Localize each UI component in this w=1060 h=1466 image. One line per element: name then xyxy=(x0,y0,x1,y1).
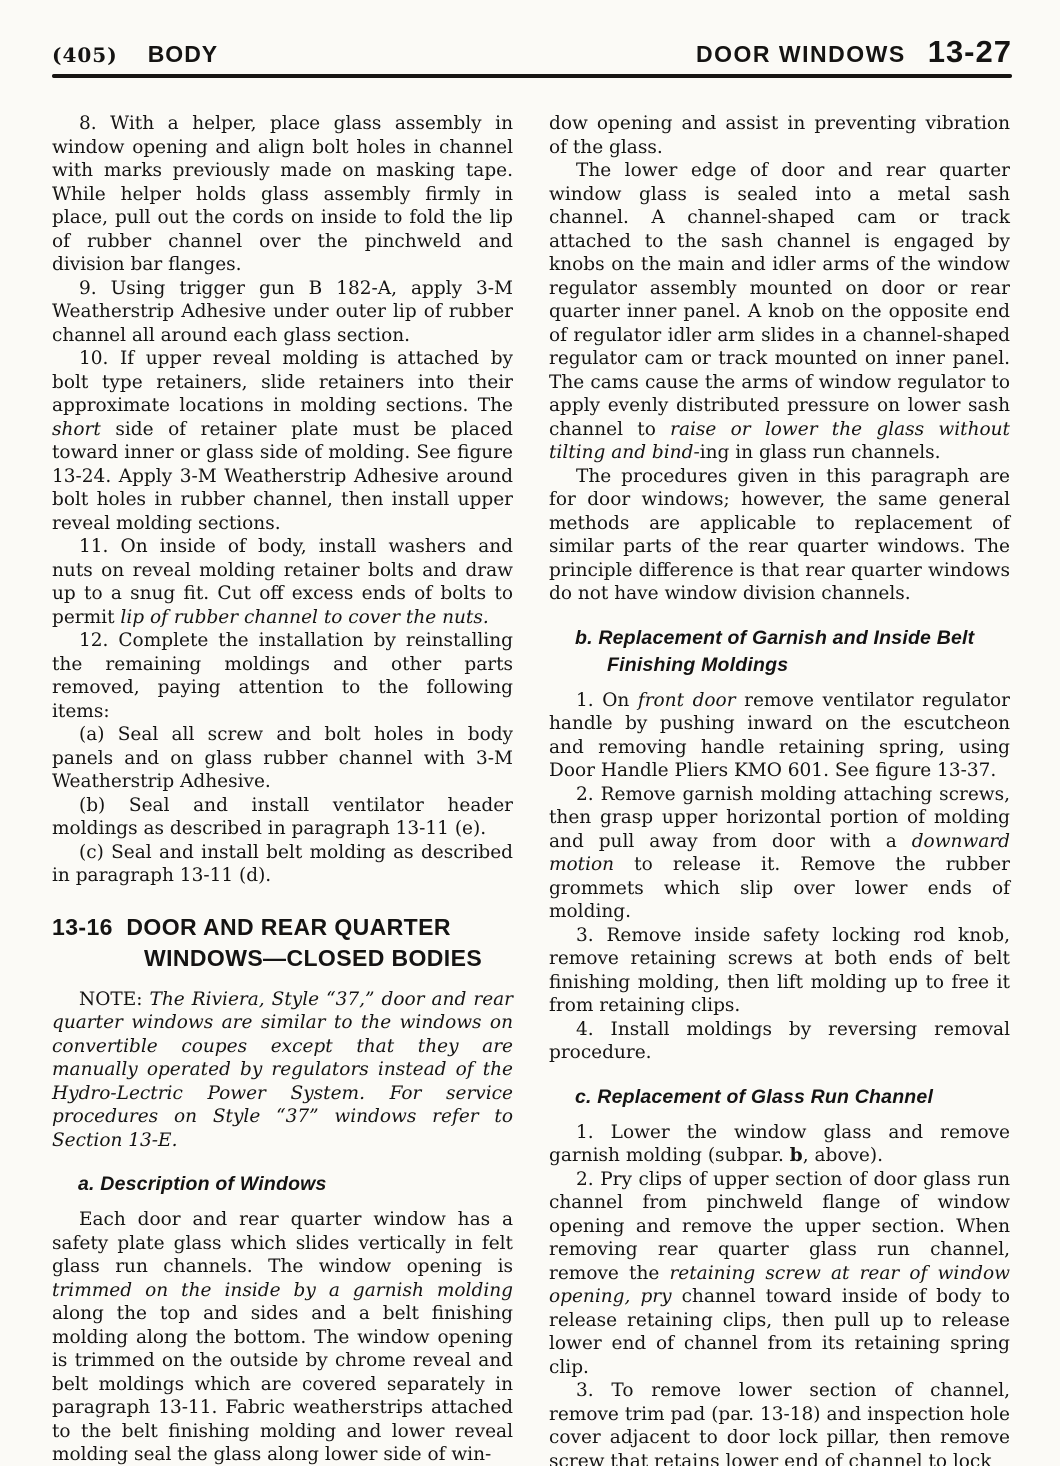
paragraph: 8. With a helper, place glass assembly i… xyxy=(52,112,513,277)
text-run: 9. Using trigger gun B 182-A, apply 3-M … xyxy=(52,278,513,346)
text-run: , above). xyxy=(803,1145,883,1166)
paragraph: (a) Seal all screw and bolt holes in bod… xyxy=(52,723,513,794)
paragraph: 11. On inside of body, install washers a… xyxy=(52,535,513,629)
page-reference: (405) xyxy=(52,43,118,67)
paragraph: (c) Seal and install belt molding as des… xyxy=(52,841,513,888)
paragraph: Each door and rear quarter window has a … xyxy=(52,1208,513,1466)
column-left: 8. With a helper, place glass assembly i… xyxy=(52,112,513,1466)
text-run: 1. On xyxy=(576,690,638,711)
paragraph: dow opening and assist in preventing vib… xyxy=(549,112,1010,159)
text-run: (b) Seal and install ventilator header m… xyxy=(52,795,513,840)
text-run: (c) Seal and install belt molding as des… xyxy=(52,842,513,887)
paragraph: (b) Seal and install ventilator header m… xyxy=(52,794,513,841)
page-header: (405) BODY DOOR WINDOWS 13-27 xyxy=(52,34,1012,70)
text-run: 1. Lower the window glass and remove gar… xyxy=(549,1122,1010,1167)
header-left: (405) BODY xyxy=(52,41,218,68)
text-run: The lower edge of door and rear quarter … xyxy=(549,160,1010,440)
chapter-title: DOOR WINDOWS xyxy=(696,41,906,68)
section-label: BODY xyxy=(148,41,218,68)
italic-text: front door xyxy=(638,690,736,711)
subsection-heading: a. Description of Windows xyxy=(78,1171,513,1198)
text-run: The procedures given in this paragraph a… xyxy=(549,466,1010,605)
column-right: dow opening and assist in preventing vib… xyxy=(549,112,1010,1466)
paragraph: 10. If upper reveal molding is attached … xyxy=(52,347,513,535)
header-rule xyxy=(52,74,1012,78)
subsection-heading-line: c. Replacement of Glass Run Channel xyxy=(575,1084,1010,1111)
header-right: DOOR WINDOWS 13-27 xyxy=(696,34,1012,70)
text-run: 3. Remove inside safety locking rod knob… xyxy=(549,925,1010,1017)
paragraph: 12. Complete the installation by reinsta… xyxy=(52,629,513,723)
paragraph: 2. Remove garnish molding attaching scre… xyxy=(549,783,1010,924)
italic-text: The Riviera, Style “37,” door and rear q… xyxy=(52,989,513,1151)
paragraph: 9. Using trigger gun B 182-A, apply 3-M … xyxy=(52,277,513,348)
subsection-heading: c. Replacement of Glass Run Channel xyxy=(575,1084,1010,1111)
text-run: along the top and sides and a belt finis… xyxy=(52,1303,513,1465)
text-run: dow opening and assist in preventing vib… xyxy=(549,113,1010,158)
text-run: Each door and rear quarter window has a … xyxy=(52,1209,513,1277)
text-run: 3. To remove lower section of channel, r… xyxy=(549,1380,1010,1466)
paragraph: 3. Remove inside safety locking rod knob… xyxy=(549,924,1010,1018)
text-run: to release it. Remove the rubber grommet… xyxy=(549,854,1010,922)
paragraph: 1. On front door remove ventilator regul… xyxy=(549,689,1010,783)
subsection-heading-line: a. Description of Windows xyxy=(78,1171,513,1198)
manual-page: (405) BODY DOOR WINDOWS 13-27 8. With a … xyxy=(0,0,1060,1466)
text-run: NOTE: xyxy=(79,989,149,1010)
section-heading: 13-16 DOOR AND REAR QUARTERWINDOWS—CLOSE… xyxy=(52,912,513,974)
paragraph: 2. Pry clips of upper section of door gl… xyxy=(549,1168,1010,1380)
subsection-heading-line: Finishing Moldings xyxy=(575,652,1010,679)
text-run: 10. If upper reveal molding is attached … xyxy=(52,348,513,416)
section-heading-line: WINDOWS—CLOSED BODIES xyxy=(52,943,513,974)
paragraph: The lower edge of door and rear quarter … xyxy=(549,159,1010,465)
paragraph: 1. Lower the window glass and remove gar… xyxy=(549,1121,1010,1168)
section-heading-line: 13-16 DOOR AND REAR QUARTER xyxy=(52,912,513,943)
subsection-heading: b. Replacement of Garnish and Inside Bel… xyxy=(575,625,1010,679)
note-paragraph: NOTE: The Riviera, Style “37,” door and … xyxy=(52,988,513,1153)
text-run: side of retainer plate must be placed to… xyxy=(52,419,513,534)
paragraph: 3. To remove lower section of channel, r… xyxy=(549,1379,1010,1466)
italic-text: lip of rubber channel to cover the nuts. xyxy=(120,607,488,628)
text-run: (a) Seal all screw and bolt holes in bod… xyxy=(52,724,513,792)
italic-text: short xyxy=(52,419,101,440)
text-run: ing in glass run channels. xyxy=(700,442,941,463)
bold-text: b xyxy=(790,1145,803,1166)
subsection-heading-line: b. Replacement of Garnish and Inside Bel… xyxy=(575,625,1010,652)
paragraph: 4. Install moldings by reversing removal… xyxy=(549,1018,1010,1065)
paragraph: The procedures given in this paragraph a… xyxy=(549,465,1010,606)
text-run: 4. Install moldings by reversing removal… xyxy=(549,1019,1010,1064)
text-run: 8. With a helper, place glass assembly i… xyxy=(52,113,513,275)
text-run: 12. Complete the installation by reinsta… xyxy=(52,630,513,722)
text-columns: 8. With a helper, place glass assembly i… xyxy=(52,112,1012,1466)
page-number: 13-27 xyxy=(928,34,1012,70)
italic-text: trimmed on the inside by a garnish moldi… xyxy=(52,1280,513,1301)
